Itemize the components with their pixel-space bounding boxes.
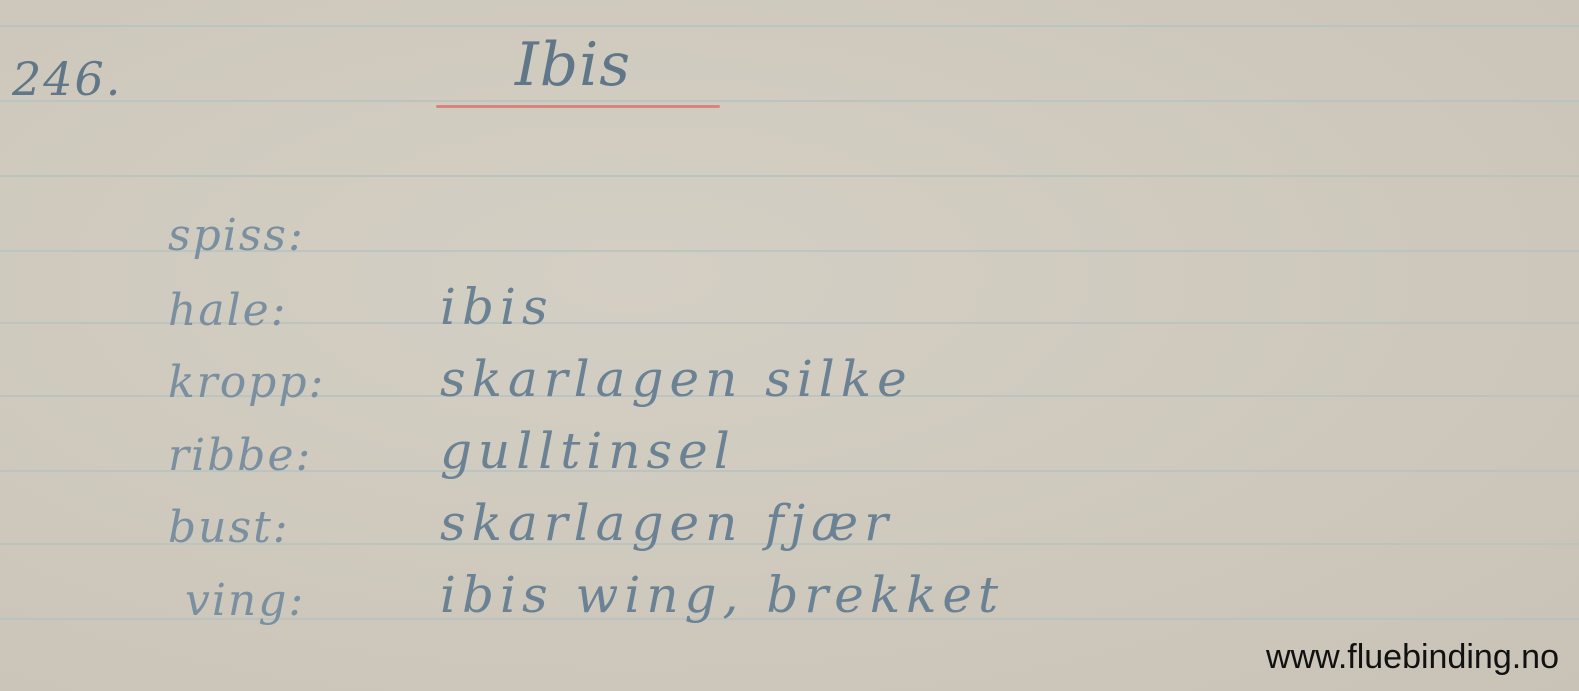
- entry-number: 246.: [12, 52, 122, 106]
- value-ving: ibis wing, brekket: [440, 566, 1004, 624]
- ruled-line: [0, 175, 1579, 177]
- label-kropp: kropp:: [168, 357, 325, 408]
- label-ving: ving:: [185, 575, 305, 626]
- page-title: Ibis: [515, 30, 631, 100]
- label-spiss: spiss:: [168, 210, 305, 261]
- value-hale: ibis: [440, 278, 554, 336]
- label-bust: bust:: [168, 502, 290, 553]
- ruled-line: [0, 25, 1579, 27]
- ruled-line: [0, 100, 1579, 102]
- watermark-url: www.fluebinding.no: [1266, 638, 1559, 677]
- value-ribbe: gulltinsel: [440, 422, 736, 480]
- value-bust: skarlagen fjær: [440, 494, 894, 552]
- notebook-page: 246. Ibis spiss: hale: ibis kropp: skarl…: [0, 0, 1579, 691]
- label-hale: hale:: [168, 285, 288, 336]
- value-kropp: skarlagen silke: [440, 350, 913, 408]
- label-ribbe: ribbe:: [168, 430, 312, 481]
- title-underline: [436, 105, 720, 108]
